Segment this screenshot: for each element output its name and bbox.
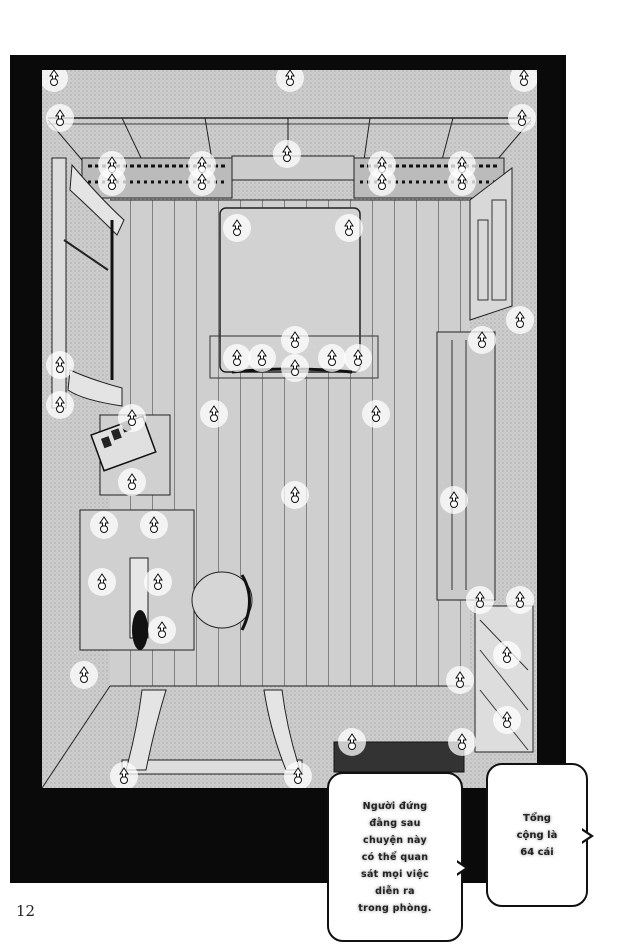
speech-bubble-tail-inner <box>581 830 590 842</box>
speech-bubble-tail-inner <box>456 862 465 874</box>
room-illustration <box>42 70 537 788</box>
speech-bubble-observer: Người đứng đằng sau chuyện này có thể qu… <box>327 772 463 942</box>
speech-bubble-text: Người đứng đằng sau chuyện này có thể qu… <box>358 798 432 917</box>
page-number: 12 <box>16 902 35 920</box>
speech-bubble-text: Tổng cộng là 64 cái <box>517 810 558 861</box>
speech-bubble-total: Tổng cộng là 64 cái <box>486 763 588 907</box>
room-drawing <box>42 70 537 788</box>
